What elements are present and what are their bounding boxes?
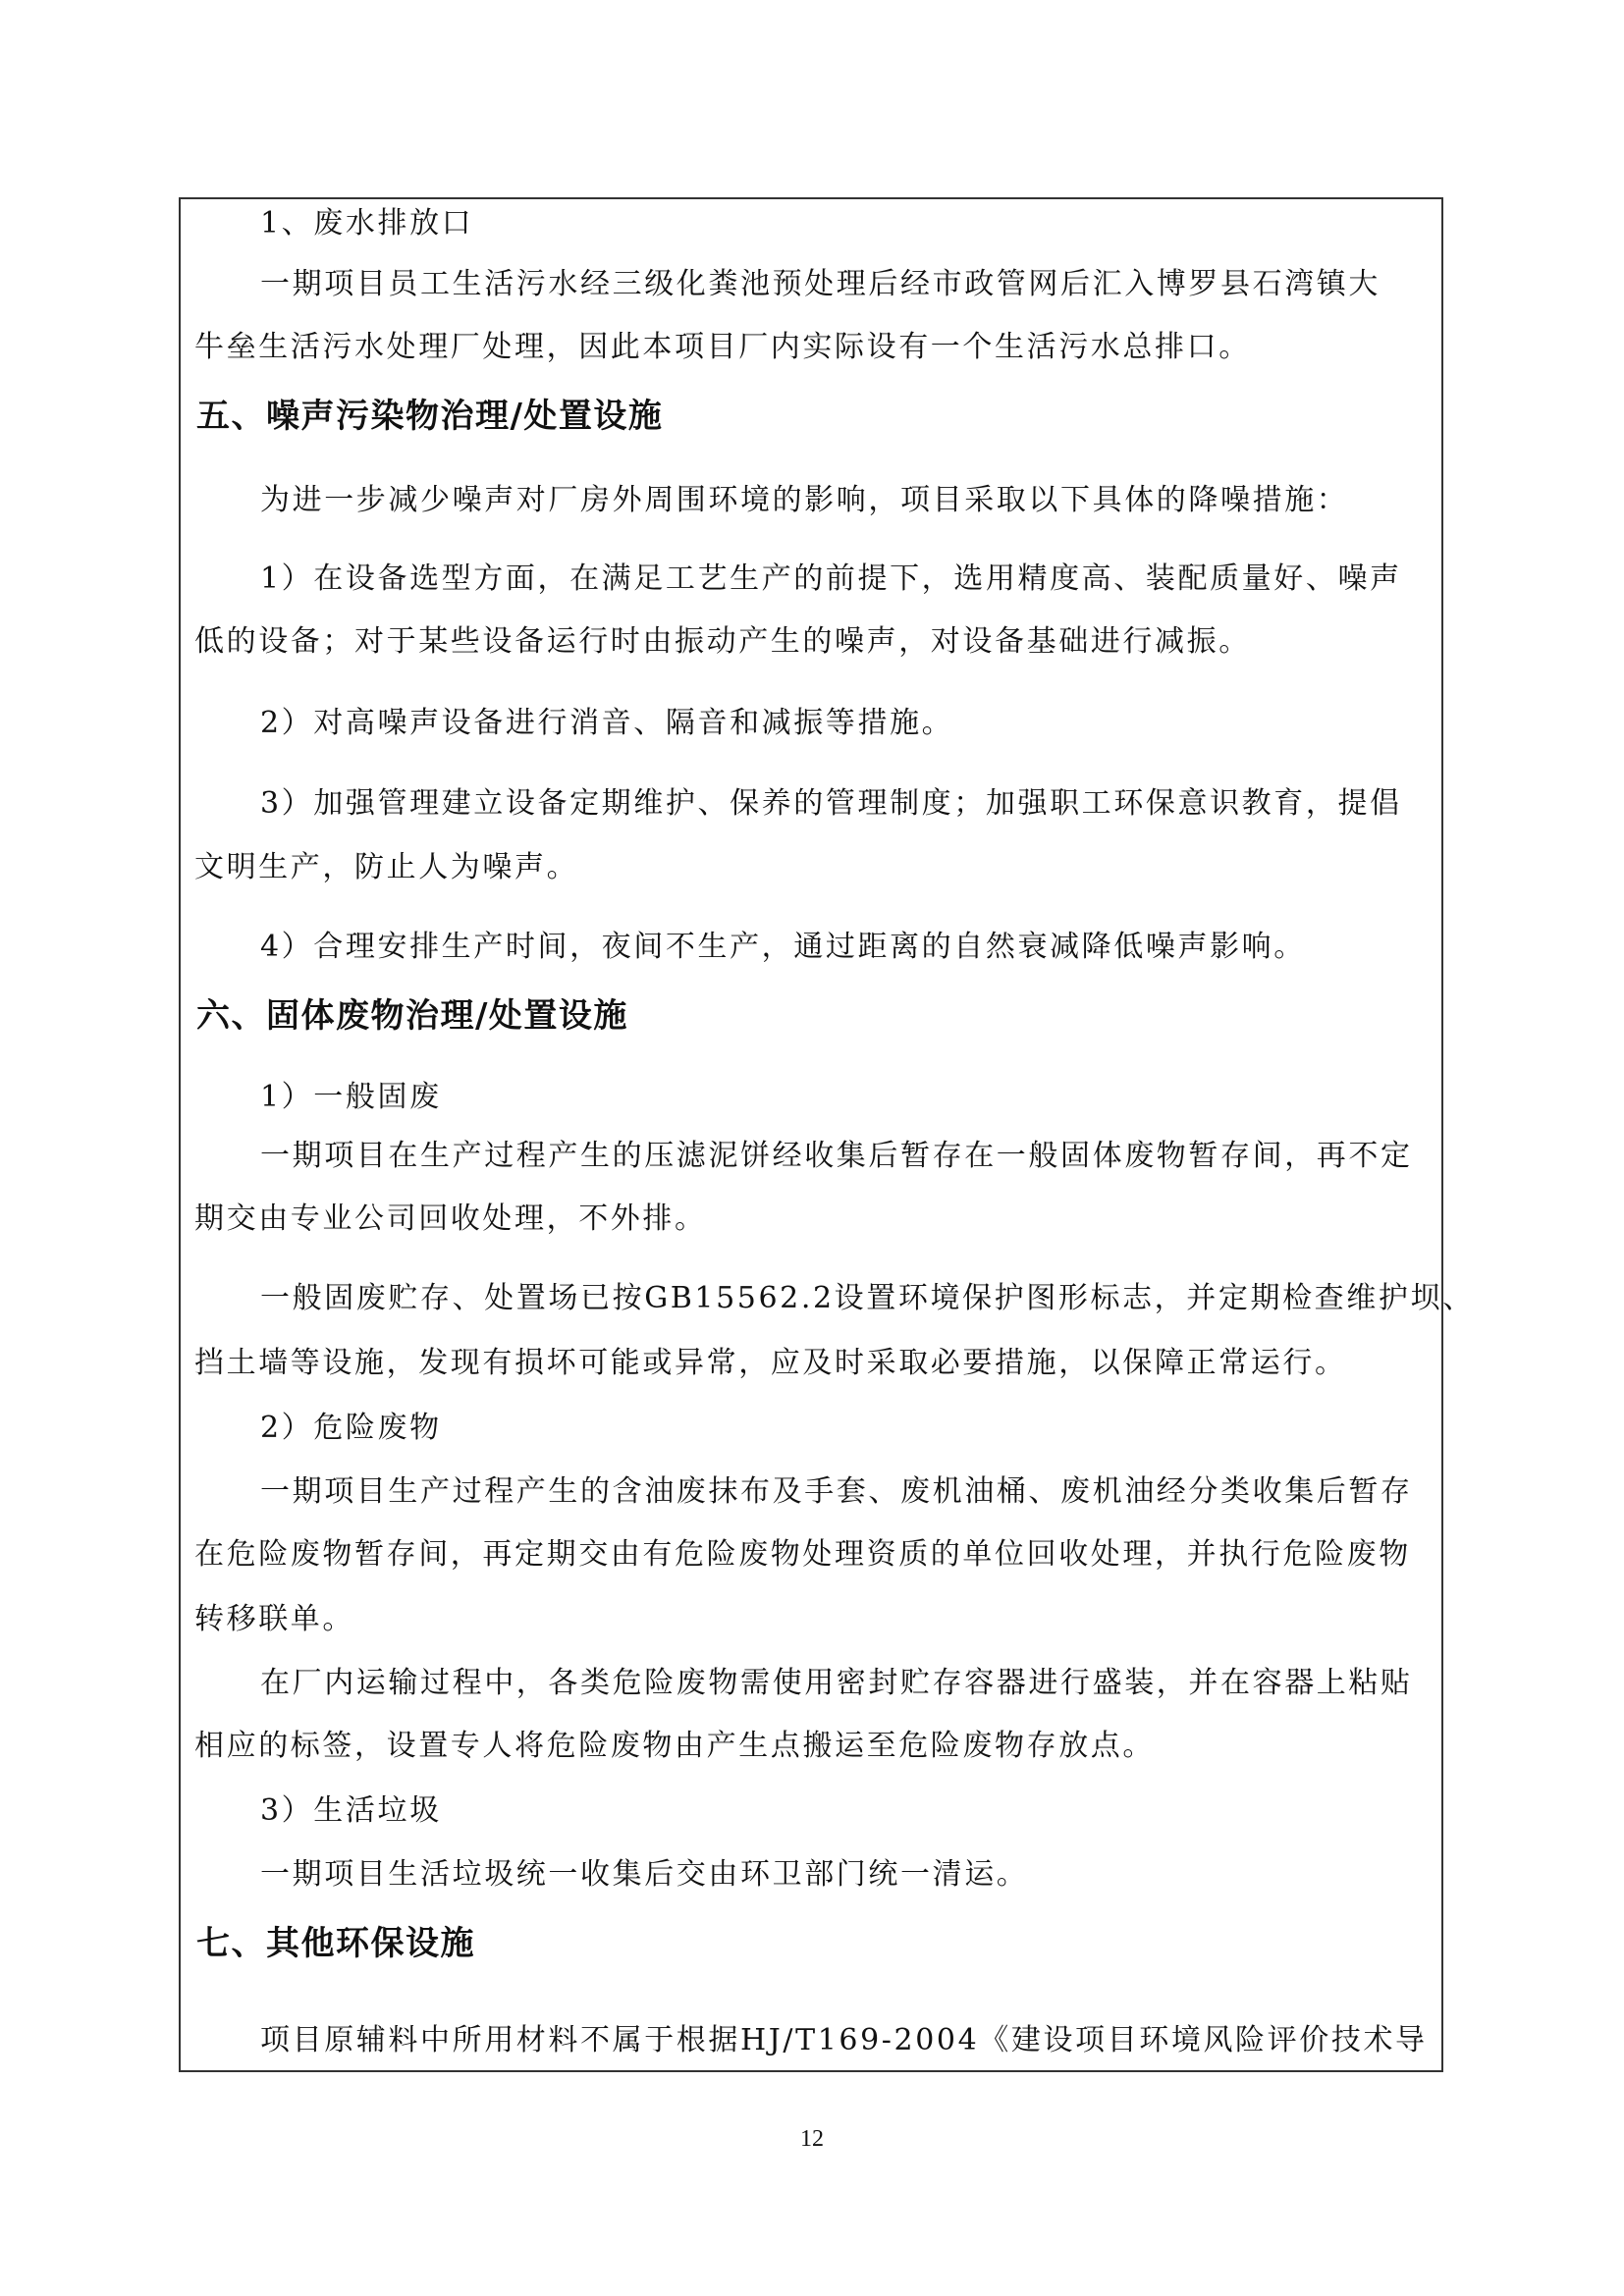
paragraph-line: 文明生产，防止人为噪声。 xyxy=(194,848,578,887)
subsection-label: 1、废水排放口 xyxy=(260,204,473,243)
paragraph-line: 挡土墙等设施，发现有损坏可能或异常，应及时采取必要措施，以保障正常运行。 xyxy=(194,1344,1347,1383)
page-number: 12 xyxy=(0,2126,1624,2153)
paragraph-line: 一期项目在生产过程产生的压滤泥饼经收集后暂存在一般固体废物暂存间，再不定 xyxy=(260,1137,1413,1176)
paragraph-line: 相应的标签，设置专人将危险废物由产生点搬运至危险废物存放点。 xyxy=(194,1727,1155,1766)
paragraph-line: 牛垒生活污水处理厂处理，因此本项目厂内实际设有一个生活污水总排口。 xyxy=(194,328,1251,367)
paragraph-line: 期交由专业公司回收处理，不外排。 xyxy=(194,1200,707,1239)
paragraph-line: 在危险废物暂存间，再定期交由有危险废物处理资质的单位回收处理，并执行危险废物 xyxy=(194,1535,1411,1575)
paragraph-line: 转移联单。 xyxy=(194,1600,354,1639)
subsection-label: 1）一般固废 xyxy=(260,1078,442,1117)
paragraph-line: 1）在设备选型方面，在满足工艺生产的前提下，选用精度高、装配质量好、噪声 xyxy=(260,560,1402,599)
subsection-label: 3）生活垃圾 xyxy=(260,1791,442,1831)
section-heading: 六、固体废物治理/处置设施 xyxy=(196,996,628,1036)
paragraph-line: 2）对高噪声设备进行消音、隔音和减振等措施。 xyxy=(260,704,953,743)
paragraph-line: 4）合理安排生产时间，夜间不生产，通过距离的自然衰减降低噪声影响。 xyxy=(260,928,1306,967)
subsection-label: 2）危险废物 xyxy=(260,1409,442,1448)
paragraph-line: 为进一步减少噪声对厂房外周围环境的影响，项目采取以下具体的降噪措施： xyxy=(260,481,1348,520)
paragraph-line: 3）加强管理建立设备定期维护、保养的管理制度；加强职工环保意识教育，提倡 xyxy=(260,784,1402,824)
paragraph-line: 一期项目员工生活污水经三级化粪池预处理后经市政管网后汇入博罗县石湾镇大 xyxy=(260,265,1380,304)
paragraph-line: 一般固废贮存、处置场已按GB15562.2设置环境保护图形标志，并定期检查维护坝… xyxy=(260,1279,1475,1318)
paragraph-line: 一期项目生产过程产生的含油废抹布及手套、废机油桶、废机油经分类收集后暂存 xyxy=(260,1472,1413,1512)
paragraph-line: 低的设备；对于某些设备运行时由振动产生的噪声，对设备基础进行减振。 xyxy=(194,622,1251,662)
section-heading: 七、其他环保设施 xyxy=(196,1924,475,1963)
paragraph-line: 一期项目生活垃圾统一收集后交由环卫部门统一清运。 xyxy=(260,1855,1028,1895)
paragraph-line: 项目原辅料中所用材料不属于根据HJ/T169-2004《建设项目环境风险评价技术… xyxy=(260,2021,1428,2060)
paragraph-line: 在厂内运输过程中，各类危险废物需使用密封贮存容器进行盛装，并在容器上粘贴 xyxy=(260,1664,1413,1703)
section-heading: 五、噪声污染物治理/处置设施 xyxy=(196,397,663,436)
